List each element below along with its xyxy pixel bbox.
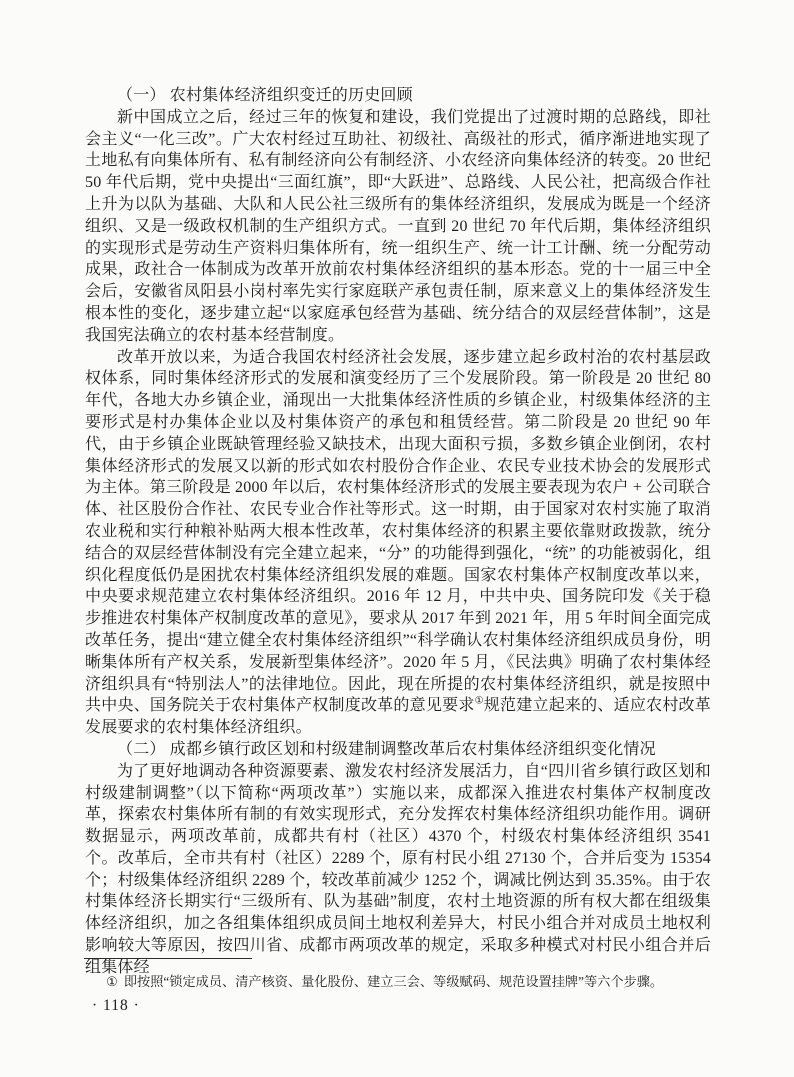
body-paragraph: 为了更好地调动各种资源要素、激发农村经济发展活力，自“四川省乡镇行政区划和村级建… <box>85 761 711 979</box>
footnote: ①即按照“锁定成员、清产核资、量化股份、建立三会、等级赋码、规范设置挂牌”等六个… <box>85 972 711 991</box>
footnote-marker: ① <box>106 974 118 989</box>
footnote-reference: ① <box>475 696 484 707</box>
text-run: 为了更好地调动各种资源要素、激发农村经济发展活力，自“四川省乡镇行政区划和村级建… <box>85 763 711 976</box>
footnote-divider <box>84 958 252 959</box>
text-run: 改革开放以来，为适合我国农村经济社会发展，逐步建立起乡政村治的农村基层政权体系，… <box>85 349 711 715</box>
body-paragraph: 改革开放以来，为适合我国农村经济社会发展，逐步建立起乡政村治的农村基层政权体系，… <box>85 347 711 739</box>
section-heading: （一） 农村集体经济组织变迁的历史回顾 <box>85 85 711 107</box>
text-run: （一） 农村集体经济组织变迁的历史回顾 <box>117 87 413 104</box>
section-heading: （二） 成都乡镇行政区划和村级建制调整改革后农村集体经济组织变化情况 <box>85 739 711 761</box>
page-number: · 118 · <box>92 997 140 1015</box>
text-run: （二） 成都乡镇行政区划和村级建制调整改革后农村集体经济组织变化情况 <box>117 741 656 758</box>
body-paragraph: 新中国成立之后，经过三年的恢复和建设，我们党提出了过渡时期的总路线，即社会主义“… <box>85 107 711 347</box>
document-page: （一） 农村集体经济组织变迁的历史回顾新中国成立之后，经过三年的恢复和建设，我们… <box>0 0 794 1077</box>
text-run: 新中国成立之后，经过三年的恢复和建设，我们党提出了过渡时期的总路线，即社会主义“… <box>85 109 711 344</box>
footnote-text: 即按照“锁定成员、清产核资、量化股份、建立三会、等级赋码、规范设置挂牌”等六个步… <box>124 974 663 989</box>
document-body: （一） 农村集体经济组织变迁的历史回顾新中国成立之后，经过三年的恢复和建设，我们… <box>85 85 711 979</box>
